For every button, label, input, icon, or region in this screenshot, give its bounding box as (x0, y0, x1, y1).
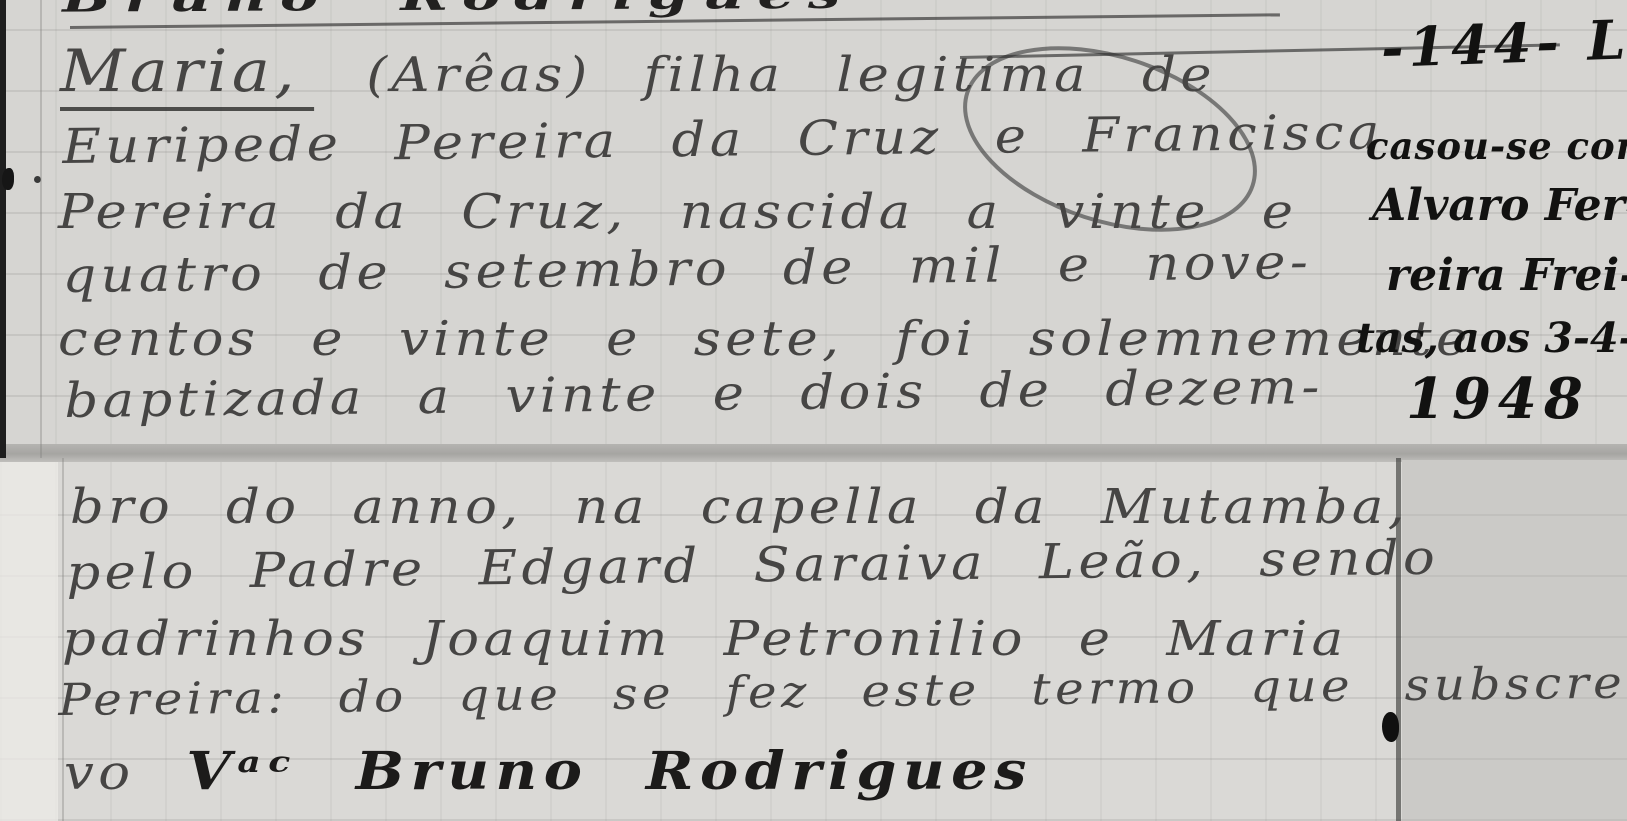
margin-marriage-year: 1948 (1406, 366, 1590, 432)
record-line-7: bro do anno, na capella da Mutamba, (70, 480, 1409, 535)
priest-signature: Vᵃᶜ Bruno Rodrigues (186, 741, 1033, 802)
margin-marriage-note-line-4: tas, aos 3-4- (1356, 314, 1627, 362)
baptized-name: Maria, (60, 37, 314, 111)
scan-edge-blob (2, 168, 14, 190)
record-line-9: padrinhos Joaquim Petronilio e Maria (62, 612, 1348, 667)
margin-marriage-note-line-3: reira Frei- (1386, 250, 1627, 301)
ink-blot (1382, 712, 1399, 742)
scanned-baptismal-register-page: Bruno Rodrigues Maria, (Arêas) filha leg… (0, 0, 1627, 821)
margin-record-number: -144- L (1380, 7, 1627, 80)
record-line-1: Maria, (Arêas) filha legitima de (60, 38, 1216, 105)
scan-stitch-seam (0, 444, 1627, 462)
left-page-margin (0, 462, 58, 821)
margin-marriage-note-line-2: Alvaro Fer- (1372, 180, 1627, 231)
page-gutter-column (1402, 460, 1627, 821)
ruled-margin-line-top (40, 0, 42, 458)
record-line-1-rest: (Arêas) filha legitima de (366, 47, 1215, 103)
record-line-11-prefix: vo (64, 745, 134, 801)
margin-marriage-note-line-1: casou-se com (1366, 124, 1627, 168)
scan-left-border (0, 0, 6, 458)
record-line-3: Pereira da Cruz, nascida a vinte e (58, 185, 1297, 240)
record-line-11: vo Vᵃᶜ Bruno Rodrigues (64, 742, 1033, 802)
